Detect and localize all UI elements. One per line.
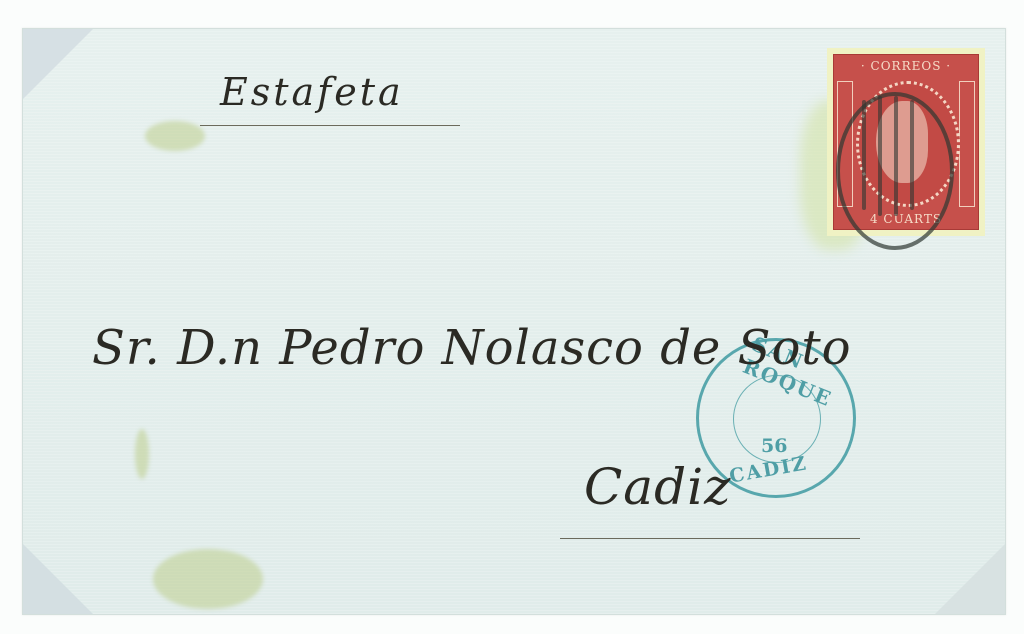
stamp-top-inscription: · CORREOS ·: [834, 59, 978, 73]
cancel-bar: [862, 100, 866, 210]
underline: [200, 125, 460, 126]
stain: [153, 549, 263, 609]
stain: [145, 121, 205, 151]
photo-corner-top-left: [23, 29, 93, 99]
underline: [560, 538, 860, 539]
stamp-border: [959, 81, 975, 207]
postmark-number: 56: [761, 435, 787, 457]
cancel-bar: [910, 100, 914, 210]
photo-corner-bottom-right: [935, 544, 1005, 614]
cancel-bar: [878, 96, 882, 216]
photo-corner-bottom-left: [23, 544, 93, 614]
estafeta-note: Estafeta: [220, 70, 404, 114]
addressee-name: Sr. D.n Pedro Nolasco de Soto: [92, 320, 852, 376]
addressee-city: Cadiz: [584, 458, 731, 516]
cancel-bar: [894, 96, 898, 216]
stain: [135, 429, 149, 479]
